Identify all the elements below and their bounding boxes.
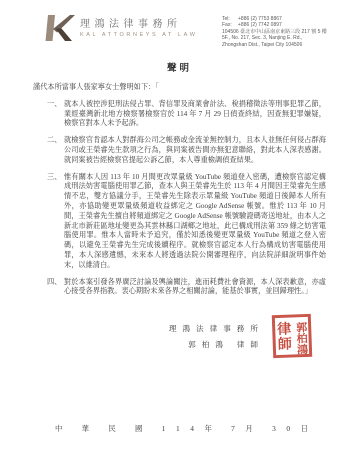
firm-name-en: KAL ATTORNEYS AT LAW	[80, 32, 198, 38]
signature-lines: 理鴻法律事務所 郭柏鴻 律師	[169, 324, 264, 349]
seal-right-column: 郭柏鴻	[294, 320, 308, 355]
signature-attorney-name: 郭柏鴻 律師	[169, 340, 264, 349]
document-title: 聲明	[33, 60, 326, 74]
signature-firm-name: 理鴻法律事務所	[169, 324, 264, 333]
firm-logo-icon	[45, 14, 75, 42]
paragraph-4-number: 四、	[47, 278, 64, 288]
document-date: 中 華 民 國 1 1 4 年 7 月 3 0 日	[55, 423, 308, 434]
firm-brand: 理鴻法律事務所 KAL ATTORNEYS AT LAW	[45, 14, 198, 42]
letterhead: 理鴻法律事務所 KAL ATTORNEYS AT LAW Tel:+886 (2…	[45, 14, 340, 48]
statement-intro: 謹代本所當事人張家寧女士聲明如下：「	[33, 83, 326, 93]
paragraph-1-text: 就本人被控涉犯刑法侵占罪、背信罪及商業會計法、稅捐稽徵法等刑事犯罪乙節，業經臺灣…	[64, 100, 326, 129]
paragraph-3-number: 三、	[47, 173, 64, 183]
paragraph-3: 三、 惟有關本人因 113 年 10 月間更改眾量級 YouTube 頻道登入密…	[47, 173, 326, 271]
paragraph-2-number: 二、	[47, 136, 64, 146]
statement-document: 理鴻法律事務所 KAL ATTORNEYS AT LAW Tel:+886 (2…	[0, 0, 360, 450]
fax-value: +886 (2) 7742 0897	[238, 22, 282, 28]
paragraph-4-text: 對於本案引發各界廣泛討論及輿論關注，進而耗費社會資源，本人深表歉意，亦虛心接受各…	[64, 278, 326, 298]
paragraph-3-text: 惟有關本人因 113 年 10 月間更改眾量級 YouTube 頻道登入密碼，遭…	[64, 173, 326, 271]
tel-value: +886 (2) 7753 8867	[238, 16, 282, 22]
paragraph-2-text: 就檢察官肯認本人對群海公司之帳務或金流並無控制力，且本人並無任何侵占群海公司或王…	[64, 136, 326, 165]
firm-name-zh: 理鴻法律事務所	[80, 19, 198, 30]
attorney-seal-stamp: 郭柏鴻 律師	[271, 313, 313, 358]
statement-paragraphs: 一、 就本人被控涉犯刑法侵占罪、背信罪及商業會計法、稅捐稽徵法等刑事犯罪乙節，業…	[33, 100, 326, 297]
paragraph-2: 二、 就檢察官肯認本人對群海公司之帳務或金流並無控制力，且本人並無任何侵占群海公…	[47, 136, 326, 165]
fax-label: Fax:	[222, 22, 238, 28]
firm-contact-block: Tel:+886 (2) 7753 8867 Fax:+886 (2) 7742…	[222, 14, 340, 48]
paragraph-1-number: 一、	[47, 100, 64, 110]
paragraph-4: 四、 對於本案引發各界廣泛討論及輿論關注，進而耗費社會資源，本人深表歉意，亦虛心…	[47, 278, 326, 298]
signature-block: 理鴻法律事務所 郭柏鴻 律師 郭柏鴻 律師	[33, 312, 312, 360]
paragraph-1: 一、 就本人被控涉犯刑法侵占罪、背信罪及商業會計法、稅捐稽徵法等刑事犯罪乙節，業…	[47, 100, 326, 129]
address-en-line2: Zhongshan Dist., Taipei City 104506	[222, 42, 340, 48]
firm-name-block: 理鴻法律事務所 KAL ATTORNEYS AT LAW	[80, 19, 198, 38]
seal-left-column: 律師	[275, 321, 292, 353]
